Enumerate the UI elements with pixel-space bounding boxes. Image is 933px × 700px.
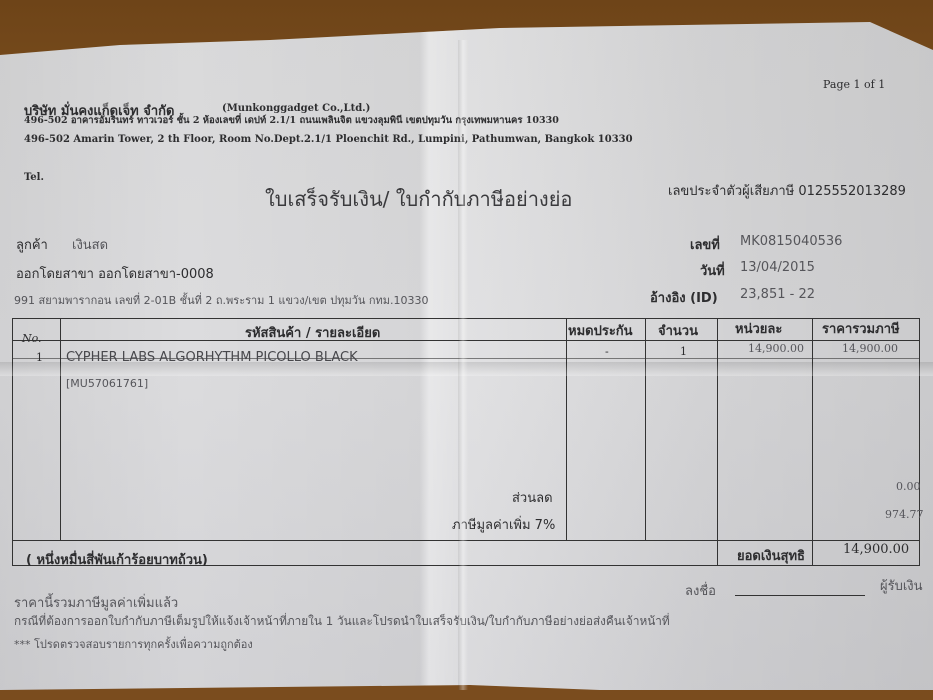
row-qty: 1 xyxy=(680,345,687,358)
amount-in-words: ( หนึ่งหมื่นสี่พันเก้าร้อยบาทถ้วน) xyxy=(26,549,208,570)
header-unit-price: หน่วยละ xyxy=(735,318,782,339)
col-divider-warranty xyxy=(645,318,646,540)
issued-by-label: ออกโดยสาขา xyxy=(16,267,94,282)
row-code: [MU57061761] xyxy=(66,377,148,390)
issued-by-value: ออกโดยสาขา-0008 xyxy=(98,267,214,282)
table-header-divider xyxy=(12,340,920,341)
table-summary-divider xyxy=(12,540,920,541)
note-full-invoice: กรณีที่ต้องการออกใบกำกับภาษีเต็มรูปให้แจ… xyxy=(14,612,670,631)
customer-label: ลูกค้า xyxy=(16,234,48,255)
col-divider-desc xyxy=(566,318,567,540)
note-check-items: *** โปรดตรวจสอบรายการทุกครั้งเพื่อความถู… xyxy=(14,635,253,653)
col-divider-qty xyxy=(717,318,718,566)
discount-value: 0.00 xyxy=(896,480,921,493)
company-tel-label: Tel. xyxy=(24,172,44,183)
date-value: 13/04/2015 xyxy=(740,260,815,275)
signature-line xyxy=(735,595,865,596)
row-unit-price: 14,900.00 xyxy=(748,342,804,355)
vat-label: ภาษีมูลค่าเพิ่ม 7% xyxy=(452,514,555,535)
net-total-label: ยอดเงินสุทธิ xyxy=(737,545,805,566)
col-divider-unit xyxy=(812,318,813,566)
page-indicator: Page 1 of 1 xyxy=(823,78,885,91)
reference-label: อ้างอิง (ID) xyxy=(650,287,718,308)
note-vat-included: ราคานี้รวมภาษีมูลค่าเพิ่มแล้ว xyxy=(14,592,178,613)
row-warranty: - xyxy=(605,345,609,358)
row-no: 1 xyxy=(36,351,43,364)
document-title: ใบเสร็จรับเงิน/ ใบกำกับภาษีอย่างย่อ xyxy=(265,183,572,215)
receiver-label: ผู้รับเงิน xyxy=(880,575,923,596)
tax-id-label: เลขประจำตัวผู้เสียภาษี xyxy=(668,184,794,199)
reference-value: 23,851 - 22 xyxy=(740,287,815,302)
signature-label: ลงชื่อ xyxy=(685,580,716,601)
net-total-value: 14,900.00 xyxy=(843,542,909,557)
tax-id-value: 0125552013289 xyxy=(798,184,906,199)
tax-id: เลขประจำตัวผู้เสียภาษี 0125552013289 xyxy=(668,180,906,201)
header-qty: จำนวน xyxy=(658,320,698,341)
row-total: 14,900.00 xyxy=(842,342,898,355)
receipt-number-label: เลขที่ xyxy=(690,234,720,255)
date-label: วันที่ xyxy=(700,260,725,281)
row-description: CYPHER LABS ALGORHYTHM PICOLLO BLACK xyxy=(66,350,358,365)
branch-address: 991 สยามพารากอน เลขที่ 2-01B ชั้นที่ 2 ถ… xyxy=(14,291,429,309)
vat-value: 974.77 xyxy=(885,508,924,521)
company-address-th: 496-502 อาคารอัมรินทร์ ทาวเวอร์ ชั้น 2 ห… xyxy=(24,113,559,128)
header-total: ราคารวมภาษี xyxy=(822,318,900,339)
col-divider-no xyxy=(60,318,61,540)
issued-by: ออกโดยสาขา ออกโดยสาขา-0008 xyxy=(16,263,214,284)
customer-value: เงินสด xyxy=(72,234,108,255)
header-description: รหัสสินค้า / รายละเอียด xyxy=(245,322,380,343)
header-no: No. xyxy=(22,332,42,345)
discount-label: ส่วนลด xyxy=(512,487,553,508)
header-warranty: หมดประกัน xyxy=(568,320,633,341)
company-address-en: 496-502 Amarin Tower, 2 th Floor, Room N… xyxy=(24,134,633,145)
receipt-number-value: MK0815040536 xyxy=(740,234,842,249)
